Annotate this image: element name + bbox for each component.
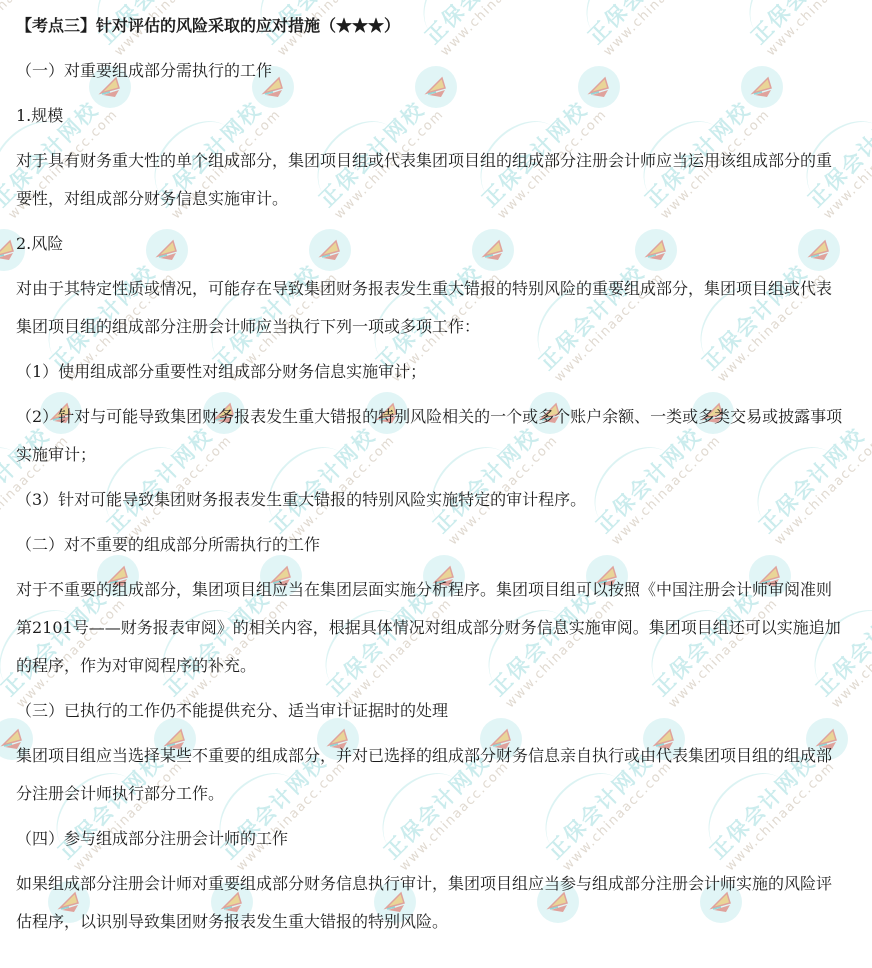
doc-heading: （一）对重要组成部分需执行的工作 bbox=[16, 52, 844, 90]
doc-para: 对由于其特定性质或情况，可能存在导致集团财务报表发生重大错报的特别风险的重要组成… bbox=[16, 270, 844, 346]
doc-para: （1）使用组成部分重要性对组成部分财务信息实施审计； bbox=[16, 353, 844, 391]
doc-para: （3）针对可能导致集团财务报表发生重大错报的特别风险实施特定的审计程序。 bbox=[16, 481, 844, 519]
doc-para: （2）针对与可能导致集团财务报表发生重大错报的特别风险相关的一个或多个账户余额、… bbox=[16, 398, 844, 474]
doc-subheading: 2.风险 bbox=[16, 225, 844, 263]
doc-heading: （二）对不重要的组成部分所需执行的工作 bbox=[16, 526, 844, 564]
doc-para: 如果组成部分注册会计师对重要组成部分财务信息执行审计，集团项目组应当参与组成部分… bbox=[16, 865, 844, 941]
doc-subheading: 1.规模 bbox=[16, 97, 844, 135]
document-page: 正保会计网校www.chinaacc.com正保会计网校www.chinaacc… bbox=[0, 0, 872, 968]
doc-heading: （三）已执行的工作仍不能提供充分、适当审计证据时的处理 bbox=[16, 692, 844, 730]
document-content: 【考点三】针对评估的风险采取的应对措施（★★★）（一）对重要组成部分需执行的工作… bbox=[0, 0, 872, 941]
doc-para: 集团项目组应当选择某些不重要的组成部分，并对已选择的组成部分财务信息亲自执行或由… bbox=[16, 737, 844, 813]
doc-title: 【考点三】针对评估的风险采取的应对措施（★★★） bbox=[16, 7, 844, 45]
doc-heading: （四）参与组成部分注册会计师的工作 bbox=[16, 820, 844, 858]
doc-para: 对于不重要的组成部分，集团项目组应当在集团层面实施分析程序。集团项目组可以按照《… bbox=[16, 571, 844, 685]
doc-para: 对于具有财务重大性的单个组成部分，集团项目组或代表集团项目组的组成部分注册会计师… bbox=[16, 142, 844, 218]
